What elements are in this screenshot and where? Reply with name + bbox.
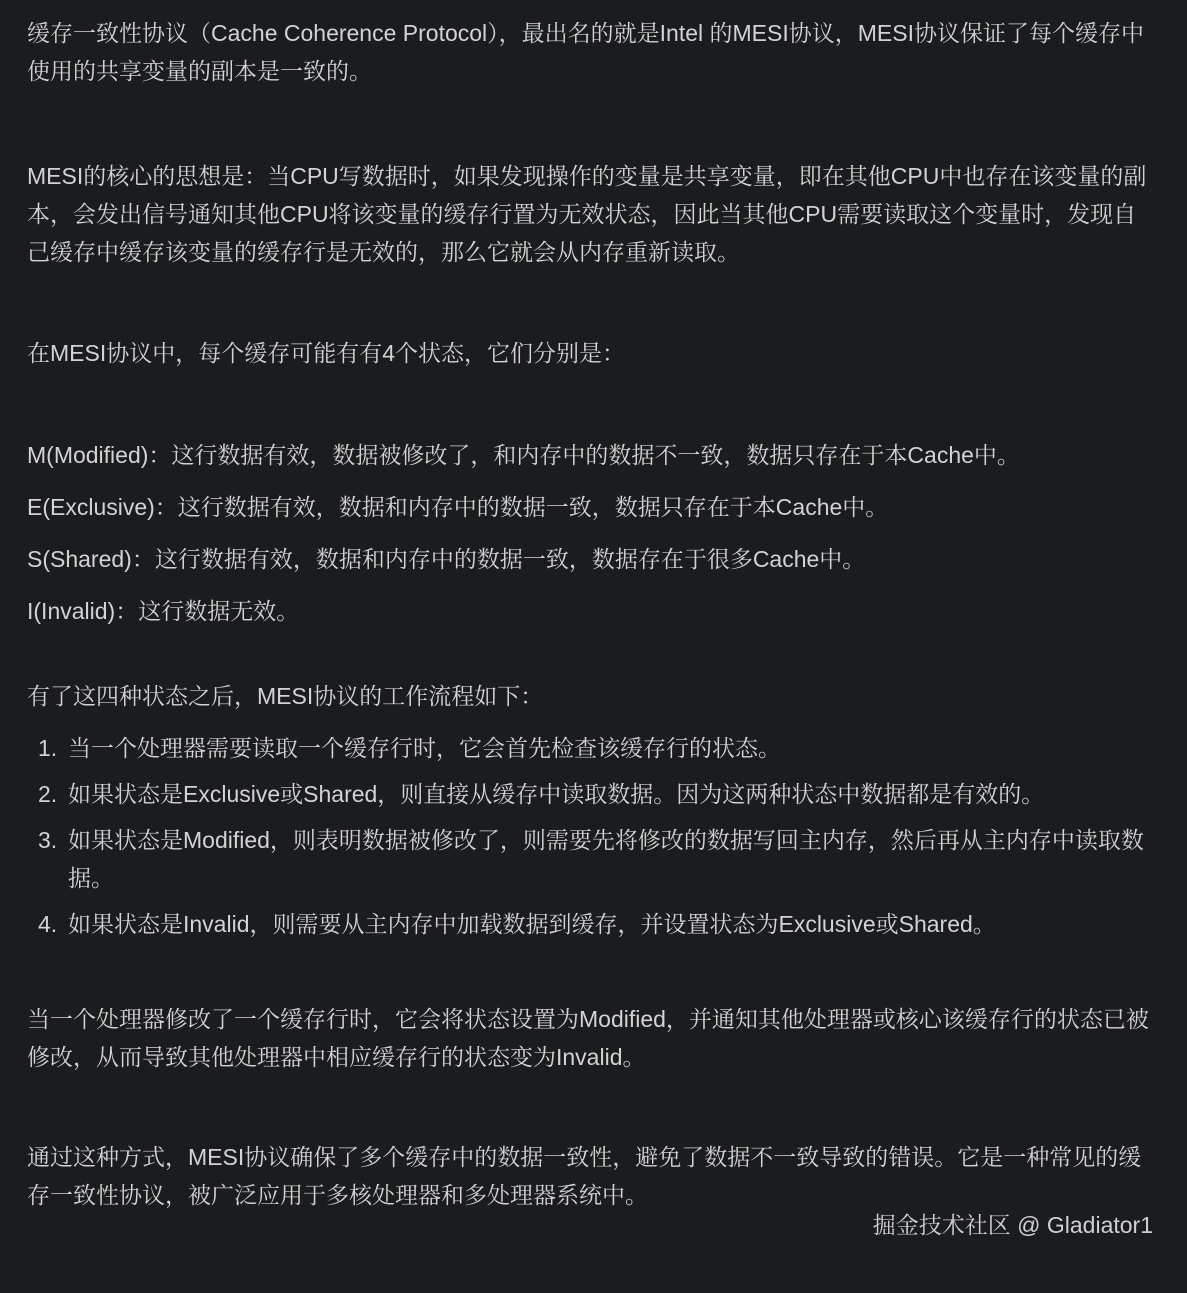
paragraph-modified-note: 当一个处理器修改了一个缓存行时，它会将状态设置为Modified，并通知其他处理… [27,1000,1153,1076]
state-invalid: I(Invalid)：这行数据无效。 [27,592,1153,630]
list-item-number: 2. [38,775,68,813]
paragraph-states-lead: 在MESI协议中，每个缓存可能有有4个状态，它们分别是： [27,334,1153,372]
list-item-number: 4. [38,905,68,943]
list-item: 1. 当一个处理器需要读取一个缓存行时，它会首先检查该缓存行的状态。 [27,729,1153,767]
paragraph-intro: 缓存一致性协议（Cache Coherence Protocol），最出名的就是… [27,14,1153,90]
list-item-text: 如果状态是Invalid，则需要从主内存中加载数据到缓存，并设置状态为Exclu… [68,905,1153,943]
paragraph-workflow-lead: 有了这四种状态之后，MESI协议的工作流程如下： [27,677,1153,715]
list-item: 2. 如果状态是Exclusive或Shared，则直接从缓存中读取数据。因为这… [27,775,1153,813]
article-page: 缓存一致性协议（Cache Coherence Protocol），最出名的就是… [0,0,1187,1293]
state-shared: S(Shared)：这行数据有效，数据和内存中的数据一致，数据存在于很多Cach… [27,540,1153,578]
list-item: 3. 如果状态是Modified，则表明数据被修改了，则需要先将修改的数据写回主… [27,821,1153,897]
list-item: 4. 如果状态是Invalid，则需要从主内存中加载数据到缓存，并设置状态为Ex… [27,905,1153,943]
state-modified: M(Modified)：这行数据有效，数据被修改了，和内存中的数据不一致，数据只… [27,436,1153,474]
state-exclusive: E(Exclusive)：这行数据有效，数据和内存中的数据一致，数据只存在于本C… [27,488,1153,526]
list-item-text: 如果状态是Modified，则表明数据被修改了，则需要先将修改的数据写回主内存，… [68,821,1153,897]
workflow-steps-list: 1. 当一个处理器需要读取一个缓存行时，它会首先检查该缓存行的状态。 2. 如果… [27,729,1153,943]
list-item-number: 1. [38,729,68,767]
list-item-text: 当一个处理器需要读取一个缓存行时，它会首先检查该缓存行的状态。 [68,729,1153,767]
list-item-text: 如果状态是Exclusive或Shared，则直接从缓存中读取数据。因为这两种状… [68,775,1153,813]
list-item-number: 3. [38,821,68,859]
paragraph-core-idea: MESI的核心的思想是：当CPU写数据时，如果发现操作的变量是共享变量，即在其他… [27,157,1153,271]
paragraph-conclusion: 通过这种方式，MESI协议确保了多个缓存中的数据一致性，避免了数据不一致导致的错… [27,1138,1153,1214]
mesi-states-block: M(Modified)：这行数据有效，数据被修改了，和内存中的数据不一致，数据只… [27,436,1153,630]
